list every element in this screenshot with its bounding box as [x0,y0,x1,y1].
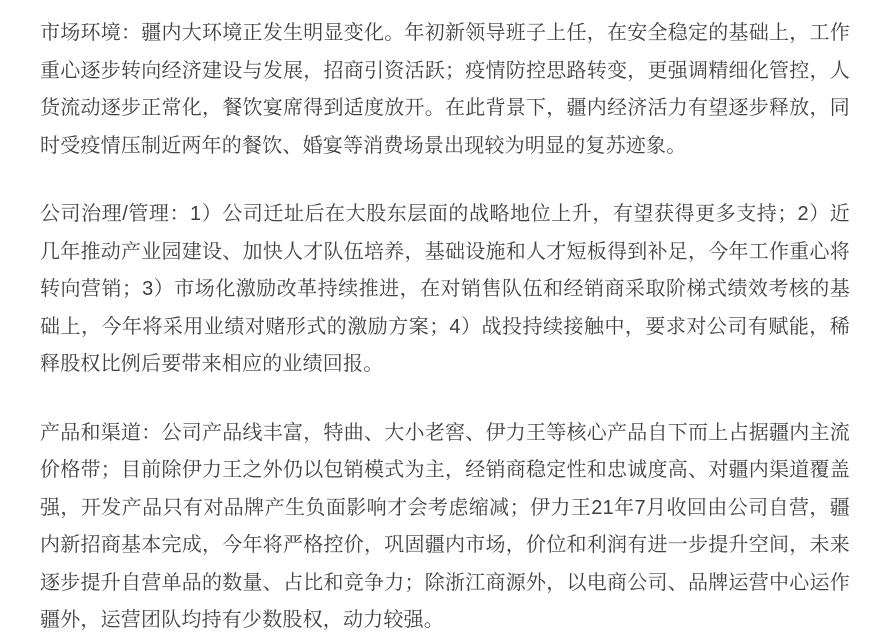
document-page: 市场环境：疆内大环境正发生明显变化。年初新领导班子上任，在安全稳定的基础上，工作… [0,0,888,642]
paragraph-market-environment: 市场环境：疆内大环境正发生明显变化。年初新领导班子上任，在安全稳定的基础上，工作… [40,15,850,165]
paragraph-products-channels: 产品和渠道：公司产品线丰富，特曲、大小老窖、伊力王等核心产品自下而上占据疆内主流… [40,415,850,640]
paragraph-governance-management: 公司治理/管理：1）公司迁址后在大股东层面的战略地位上升，有望获得更多支持；2）… [40,196,850,384]
